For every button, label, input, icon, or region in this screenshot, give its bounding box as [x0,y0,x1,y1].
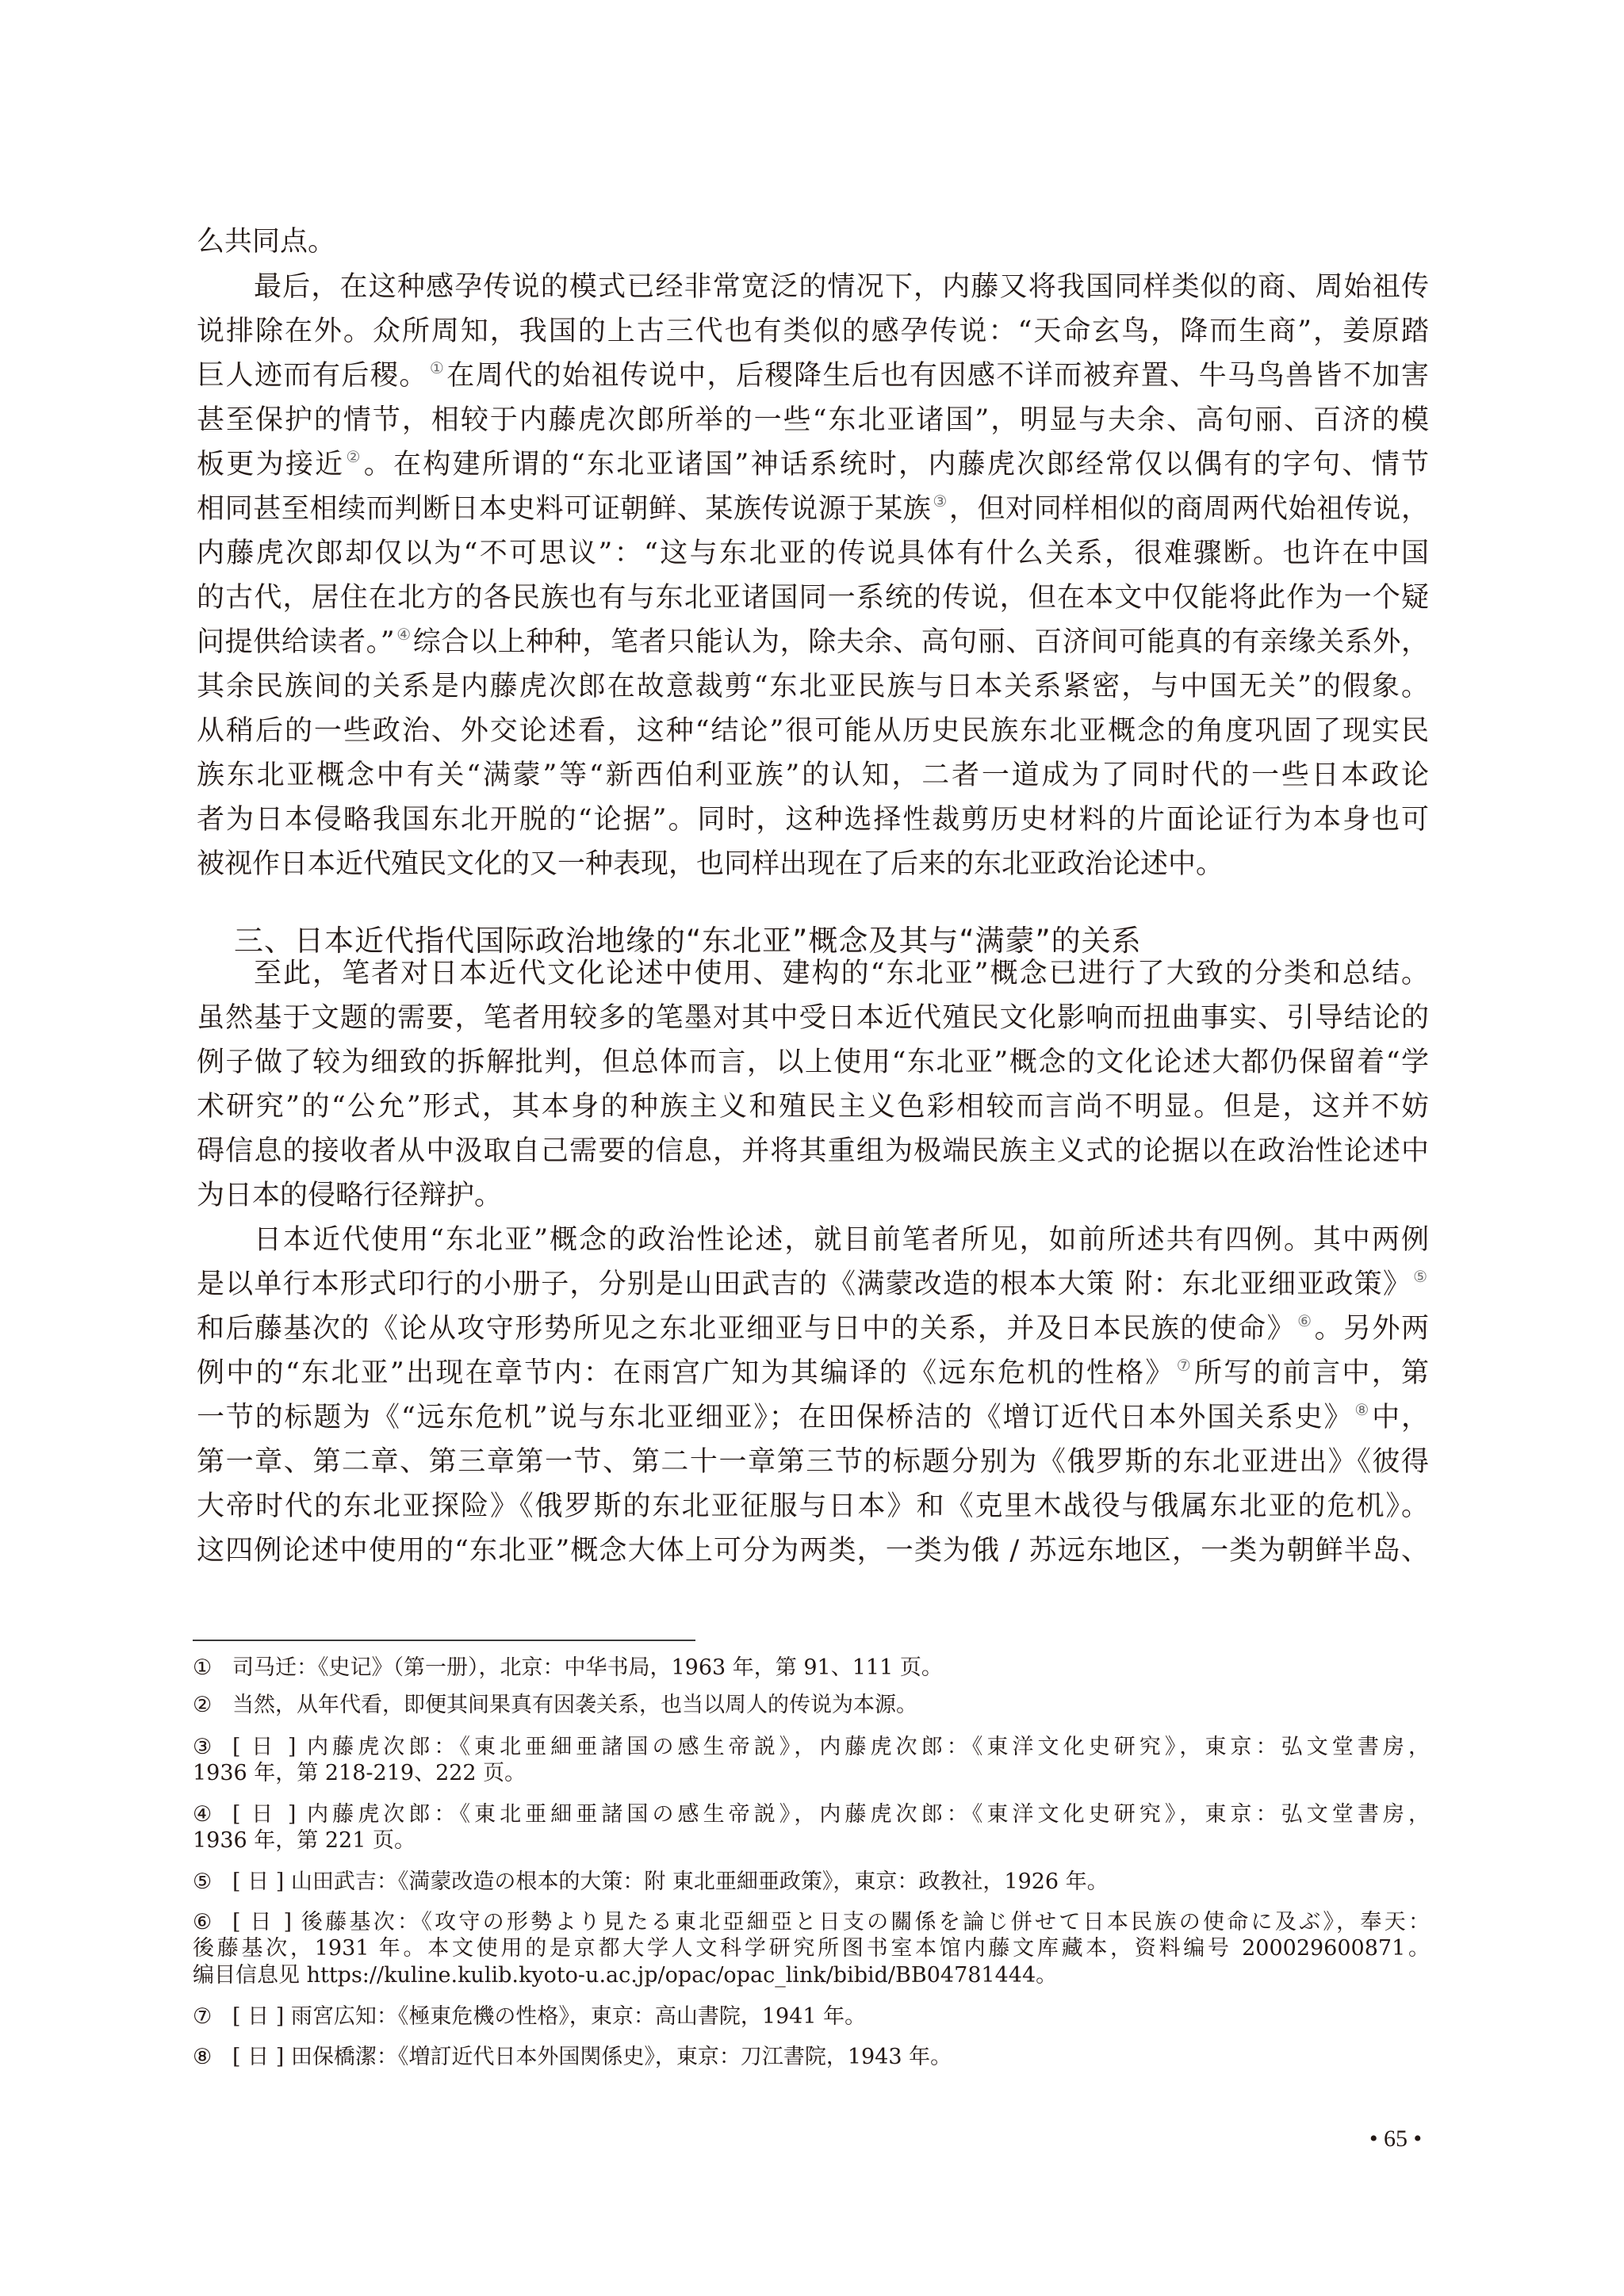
body-line: 大帝时代的东北亚探险》《俄罗斯的东北亚征服与日本》和《克里木战役与俄属东北亚的危… [197,1484,1429,1529]
footnote-8: ⑧[ 日 ] 田保橋潔：《増訂近代日本外国関係史》，東京：刀江書院，1943 年… [193,2044,1430,2070]
body-text: 例中的“东北亚”出现在章节内：在雨宫广知为其编译的《远东危机的性格》 [197,1357,1175,1389]
page-number: • 65 • [1356,2123,1435,2155]
body-text: 日本近代使用“东北亚”概念的政治性论述，就目前笔者所见，如前所述共有四例。其中两… [254,1224,1429,1256]
footnote-ref-4[interactable]: ④ [396,625,412,644]
footnote-number: ① [193,1655,232,1681]
body-line: 者为日本侵略我国东北开脱的“论据”。同时，这种选择性裁剪历史材料的片面论证行为本… [197,798,1429,842]
footnote-3-cont: 1936 年，第 218-219、222 页。 [193,1760,1430,1786]
footnote-text: 1936 年，第 218-219、222 页。 [193,1761,526,1785]
body-line: 甚至保护的情节，相较于内藤虎次郎所举的一些“东北亚诸国”，明显与夫余、高句丽、百… [197,398,1429,442]
body-text: 为日本的侵略行径辩护。 [197,1180,502,1211]
body-line: 最后，在这种感孕传说的模式已经非常宽泛的情况下，内藤又将我国同样类似的商、周始祖… [254,265,1429,309]
footnote-6: ⑥[ 日 ] 後藤基次：《攻守の形勢より見たる東北亞細亞と日支の關係を論じ併せて… [193,1909,1430,1935]
footnote-number: ⑧ [193,2044,232,2070]
body-line: 碍信息的接收者从中汲取自己需要的信息，并将其重组为极端民族主义式的论据以在政治性… [197,1129,1429,1173]
footnote-number: ⑥ [193,1909,232,1935]
body-text: 被视作日本近代殖民文化的又一种表现，也同样出现在了后来的东北亚政治论述中。 [197,848,1224,880]
body-text: 术研究”的“公允”形式，其本身的种族主义和殖民主义色彩相较而言尚不明显。但是，这… [197,1091,1429,1123]
body-line: 例中的“东北亚”出现在章节内：在雨宫广知为其编译的《远东危机的性格》⑦所写的前言… [197,1351,1429,1395]
body-text: 内藤虎次郎却仅以为“不可思议”：“这与东北亚的传说具体有什么关系，很难骤断。也许… [197,538,1429,569]
body-text: 巨人迹而有后稷。 [197,360,428,392]
footnote-text: [ 日 ] 雨宮広知：《極東危機の性格》，東京：高山書院，1941 年。 [232,2004,866,2029]
footnote-6-cont: 编目信息见 https://kuline.kulib.kyoto-u.ac.jp… [193,1962,1430,1988]
body-text: 例子做了较为细致的拆解批判，但总体而言，以上使用“东北亚”概念的文化论述大都仍保… [197,1047,1429,1078]
body-text: 这四例论述中使用的“东北亚”概念大体上可分为两类，一类为俄 / 苏远东地区，一类… [197,1535,1429,1567]
footnote-ref-2[interactable]: ② [346,447,362,466]
body-text: 大帝时代的东北亚探险》《俄罗斯的东北亚征服与日本》和《克里木战役与俄属东北亚的危… [197,1490,1429,1522]
footnote-ref-3[interactable]: ③ [933,492,948,511]
body-text: 。在构建所谓的“东北亚诸国”神话系统时，内藤虎次郎经常仅以偶有的字句、情节 [364,449,1429,480]
body-text: 问提供给读者。” [197,626,395,658]
footnote-2: ②当然，从年代看，即便其间果真有因袭关系，也当以周人的传说为本源。 [193,1692,1430,1718]
footnote-ref-1[interactable]: ① [430,358,445,377]
footnote-text: 当然，从年代看，即便其间果真有因袭关系，也当以周人的传说为本源。 [232,1693,917,1717]
body-text: 。另外两 [1315,1313,1429,1345]
footnote-text: [ 日 ] 田保橋潔：《増訂近代日本外国関係史》，東京：刀江書院，1943 年。 [232,2045,952,2069]
body-text: 和后藤基次的《论从攻守形势所见之东北亚细亚与日中的关系，并及日本民族的使命》 [197,1313,1296,1345]
body-line: 族东北亚概念中有关“满蒙”等“新西伯利亚族”的认知，二者一道成为了同时代的一些日… [197,753,1429,798]
body-text: 在周代的始祖传说中，后稷降生后也有因感不详而被弃置、牛马鸟兽皆不加害 [446,360,1429,392]
body-line: 被视作日本近代殖民文化的又一种表现，也同样出现在了后来的东北亚政治论述中。 [197,842,1429,886]
body-text: 说排除在外。众所周知，我国的上古三代也有类似的感孕传说：“天命玄鸟，降而生商”，… [197,316,1429,347]
body-line: 相同甚至相续而判断日本史料可证朝鲜、某族传说源于某族③，但对同样相似的商周两代始… [197,487,1429,531]
body-text: 从稍后的一些政治、外交论述看，这种“结论”很可能从历史民族东北亚概念的角度巩固了… [197,715,1429,747]
footnote-separator [193,1640,695,1641]
footnote-ref-7[interactable]: ⑦ [1177,1356,1193,1375]
body-line: 板更为接近②。在构建所谓的“东北亚诸国”神话系统时，内藤虎次郎经常仅以偶有的字句… [197,442,1429,487]
body-text: 是以单行本形式印行的小册子，分别是山田武吉的《满蒙改造的根本大策 附：东北亚细亚… [197,1269,1411,1300]
footnote-6-cont: 後藤基次，1931 年。本文使用的是京都大学人文科学研究所图书室本馆内藤文库藏本… [193,1935,1430,1961]
body-text: 者为日本侵略我国东北开脱的“论据”。同时，这种选择性裁剪历史材料的片面论证行为本… [197,804,1429,836]
footnote-4-cont: 1936 年，第 221 页。 [193,1827,1430,1854]
body-text: 板更为接近 [197,449,344,480]
body-text: 综合以上种种，笔者只能认为，除夫余、高句丽、百济间可能真的有亲缘关系外， [413,626,1429,658]
footnote-ref-8[interactable]: ⑧ [1354,1400,1370,1419]
body-line: 内藤虎次郎却仅以为“不可思议”：“这与东北亚的传说具体有什么关系，很难骤断。也许… [197,531,1429,576]
footnote-text: 後藤基次，1931 年。本文使用的是京都大学人文科学研究所图书室本馆内藤文库藏本… [193,1936,1430,1961]
body-text: 族东北亚概念中有关“满蒙”等“新西伯利亚族”的认知，二者一道成为了同时代的一些日… [197,760,1429,791]
body-text: 的古代，居住在北方的各民族也有与东北亚诸国同一系统的传说，但在本文中仅能将此作为… [197,582,1429,614]
body-text: 虽然基于文题的需要，笔者用较多的笔墨对其中受日本近代殖民文化影响而扭曲事实、引导… [197,1002,1429,1034]
body-text: 最后，在这种感孕传说的模式已经非常宽泛的情况下，内藤又将我国同样类似的商、周始祖… [254,271,1429,303]
footnote-text: [ 日 ] 内藤虎次郎：《東北亜細亜諸国の感生帝説》，内藤虎次郎：《東洋文化史研… [232,1735,1430,1759]
body-line: 至此，笔者对日本近代文化论述中使用、建构的“东北亚”概念已进行了大致的分类和总结… [254,951,1429,996]
footnote-text: [ 日 ] 後藤基次：《攻守の形勢より見たる東北亞細亞と日支の關係を論じ併せて日… [232,1910,1430,1934]
footnote-text: [ 日 ] 山田武吉：《満蒙改造の根本的大策：附 東北亜細亜政策》，東京：政教社… [232,1869,1109,1894]
body-line: 术研究”的“公允”形式，其本身的种族主义和殖民主义色彩相较而言尚不明显。但是，这… [197,1085,1429,1129]
body-line: 和后藤基次的《论从攻守形势所见之东北亚细亚与日中的关系，并及日本民族的使命》⑥。… [197,1307,1429,1351]
body-text: ，但对同样相似的商周两代始祖传说， [949,493,1429,525]
body-line: 一节的标题为《“远东危机”说与东北亚细亚》；在田保桥洁的《增订近代日本外国关系史… [197,1395,1429,1440]
body-line: 是以单行本形式印行的小册子，分别是山田武吉的《满蒙改造的根本大策 附：东北亚细亚… [197,1262,1429,1307]
footnote-ref-6[interactable]: ⑥ [1297,1311,1312,1330]
footnote-text: 1936 年，第 221 页。 [193,1828,416,1853]
footnote-number: ④ [193,1801,232,1827]
body-text: 至此，笔者对日本近代文化论述中使用、建构的“东北亚”概念已进行了大致的分类和总结… [254,958,1429,989]
body-line: 巨人迹而有后稷。①在周代的始祖传说中，后稷降生后也有因感不详而被弃置、牛马鸟兽皆… [197,354,1429,398]
body-line: 为日本的侵略行径辩护。 [197,1173,1429,1218]
body-text: 其余民族间的关系是内藤虎次郎在故意裁剪“东北亚民族与日本关系紧密，与中国无关”的… [197,671,1429,702]
body-line: 其余民族间的关系是内藤虎次郎在故意裁剪“东北亚民族与日本关系紧密，与中国无关”的… [197,664,1429,709]
body-line: 的古代，居住在北方的各民族也有与东北亚诸国同一系统的传说，但在本文中仅能将此作为… [197,576,1429,620]
body-text: 么共同点。 [197,226,335,258]
body-text: 碍信息的接收者从中汲取自己需要的信息，并将其重组为极端民族主义式的论据以在政治性… [197,1135,1429,1167]
footnote-number: ⑦ [193,2003,232,2030]
body-text: 所写的前言中，第 [1194,1357,1429,1389]
body-text: 第一章、第二章、第三章第一节、第二十一章第三节的标题分别为《俄罗斯的东北亚进出》… [197,1446,1429,1478]
body-text: 甚至保护的情节，相较于内藤虎次郎所举的一些“东北亚诸国”，明显与夫余、高句丽、百… [197,404,1429,436]
document-page: 么共同点。 最后，在这种感孕传说的模式已经非常宽泛的情况下，内藤又将我国同样类似… [0,0,1624,2296]
footnote-5: ⑤[ 日 ] 山田武吉：《満蒙改造の根本的大策：附 東北亜細亜政策》，東京：政教… [193,1869,1430,1895]
body-line: 例子做了较为细致的拆解批判，但总体而言，以上使用“东北亚”概念的文化论述大都仍保… [197,1040,1429,1085]
body-line: 日本近代使用“东北亚”概念的政治性论述，就目前笔者所见，如前所述共有四例。其中两… [254,1218,1429,1262]
footnote-1: ①司马迁：《史记》（第一册），北京：中华书局，1963 年，第 91、111 页… [193,1655,1430,1681]
footnote-text: 司马迁：《史记》（第一册），北京：中华书局，1963 年，第 91、111 页。 [232,1655,943,1680]
body-line: 问提供给读者。”④综合以上种种，笔者只能认为，除夫余、高句丽、百济间可能真的有亲… [197,620,1429,664]
body-text: 一节的标题为《“远东危机”说与东北亚细亚》；在田保桥洁的《增订近代日本外国关系史… [197,1402,1353,1433]
footnote-text: [ 日 ] 内藤虎次郎：《東北亜細亜諸国の感生帝説》，内藤虎次郎：《東洋文化史研… [232,1802,1430,1827]
footnote-number: ⑤ [193,1869,232,1895]
body-line: 么共同点。 [197,220,1429,264]
body-text: 中， [1372,1402,1429,1433]
footnote-7: ⑦[ 日 ] 雨宮広知：《極東危機の性格》，東京：高山書院，1941 年。 [193,2003,1430,2030]
body-line: 第一章、第二章、第三章第一节、第二十一章第三节的标题分别为《俄罗斯的东北亚进出》… [197,1440,1429,1484]
footnote-number: ② [193,1692,232,1718]
body-line: 说排除在外。众所周知，我国的上古三代也有类似的感孕传说：“天命玄鸟，降而生商”，… [197,309,1429,354]
footnote-link-text[interactable]: 编目信息见 https://kuline.kulib.kyoto-u.ac.jp… [193,1963,1057,1988]
footnote-3: ③[ 日 ] 内藤虎次郎：《東北亜細亜諸国の感生帝説》，内藤虎次郎：《東洋文化史… [193,1734,1430,1760]
footnote-ref-5[interactable]: ⑤ [1413,1267,1427,1286]
body-line: 这四例论述中使用的“东北亚”概念大体上可分为两类，一类为俄 / 苏远东地区，一类… [197,1529,1429,1573]
body-line: 从稍后的一些政治、外交论述看，这种“结论”很可能从历史民族东北亚概念的角度巩固了… [197,709,1429,753]
body-line: 虽然基于文题的需要，笔者用较多的笔墨对其中受日本近代殖民文化影响而扭曲事实、引导… [197,996,1429,1040]
footnote-4: ④[ 日 ] 内藤虎次郎：《東北亜細亜諸国の感生帝説》，内藤虎次郎：《東洋文化史… [193,1801,1430,1827]
footnote-number: ③ [193,1734,232,1760]
body-text: 相同甚至相续而判断日本史料可证朝鲜、某族传说源于某族 [197,493,931,525]
